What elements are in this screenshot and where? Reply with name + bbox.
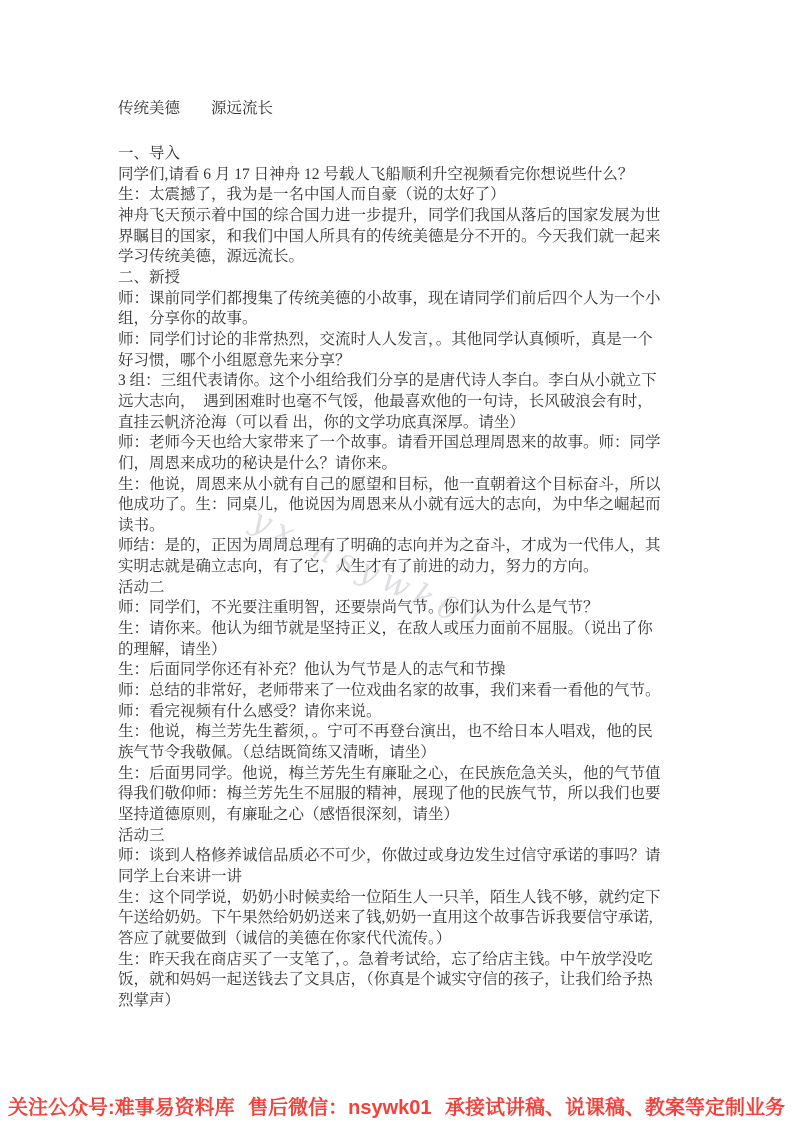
text-line: 师：同学们，不光要注重明智，还要崇尚气节。你们认为什么是气节？	[118, 598, 678, 619]
text-line: 师：看完视频有什么感受？请你来说。	[118, 702, 678, 723]
text-line: 二、新授	[118, 268, 678, 289]
text-line: 坚持道德原则，有廉耻之心（感悟很深刻，请坐）	[118, 805, 678, 826]
text-line: 师：谈到人格修养诚信品质必不可少，你做过或身边发生过信守承诺的事吗？请	[118, 846, 678, 867]
text-line: 们，周恩来成功的秘诀是什么？请你来。	[118, 454, 678, 475]
document-page: yx.nsywk01 传统美德 源远流长 一、导入同学们,请看 6 月 17 日…	[0, 0, 793, 1122]
text-line: 生：请你来。他认为细节就是坚持正义，在敌人或压力面前不屈服。（说出了你	[118, 619, 678, 640]
promo-footer: 关注公众号:难事易资料库 售后微信：nsywk01 承接试讲稿、说课稿、教案等定…	[0, 1092, 793, 1118]
text-line: 一、导入	[118, 144, 678, 165]
footer-wechat-contact: 售后微信：nsywk01	[248, 1091, 431, 1120]
text-line: 远大志向， 遇到困难时也毫不气馁，他最喜欢他的一句诗，长风破浪会有时，	[118, 392, 678, 413]
text-line: 同学们,请看 6 月 17 日神舟 12 号载人飞船顺利升空视频看完你想说些什么…	[118, 165, 678, 186]
text-line: 生：太震撼了，我为是一名中国人而自豪（说的太好了）	[118, 185, 678, 206]
text-line: 神舟飞天预示着中国的综合国力进一步提升，同学们我国从落后的国家发展为世	[118, 206, 678, 227]
text-line: 活动二	[118, 578, 678, 599]
text-line: 烈掌声）	[118, 991, 678, 1012]
footer-official-account: 关注公众号:难事易资料库	[8, 1091, 235, 1120]
text-line: 族气节令我敬佩。（总结既简练又清晰，请坐）	[118, 743, 678, 764]
text-line: 读书。	[118, 516, 678, 537]
text-line: 生：他说，梅兰芳先生蓄须，。宁可不再登台演出，也不给日本人唱戏，他的民	[118, 722, 678, 743]
text-line: 午送给奶奶。下午果然给奶奶送来了钱,奶奶一直用这个故事告诉我要信守承诺,	[118, 908, 678, 929]
text-line: 饭，就和妈妈一起送钱去了文具店，（你真是个诚实守信的孩子，让我们给予热	[118, 970, 678, 991]
text-line: 生：他说，周恩来从小就有自己的愿望和目标，他一直朝着这个目标奋斗，所以	[118, 475, 678, 496]
text-line: 的理解，请坐）	[118, 640, 678, 661]
text-line: 得我们敬仰师：梅兰芳先生不屈服的精神，展现了他的民族气节，所以我们也要	[118, 784, 678, 805]
text-line: 直挂云帆济沧海（可以看 出，你的文学功底真深厚。请坐）	[118, 413, 678, 434]
text-line: 生：后面男同学。他说，梅兰芳先生有廉耻之心，在民族危急关头，他的气节值	[118, 764, 678, 785]
footer-services: 承接试讲稿、说课稿、教案等定制业务	[445, 1091, 785, 1120]
lesson-script-body: 一、导入同学们,请看 6 月 17 日神舟 12 号载人飞船顺利升空视频看完你想…	[118, 144, 678, 1012]
text-line: 实明志就是确立志向，有了它，人生才有了前进的动力，努力的方向。	[118, 557, 678, 578]
text-line: 答应了就要做到（诚信的美德在你家代代流传。）	[118, 929, 678, 950]
text-line: 他成功了。生：同桌儿，他说因为周恩来从小就有远大的志向，为中华之崛起而	[118, 495, 678, 516]
text-line: 界瞩目的国家，和我们中国人所具有的传统美德是分不开的。今天我们就一起来	[118, 227, 678, 248]
text-line: 生：后面同学你还有补充？他认为气节是人的志气和节操	[118, 660, 678, 681]
text-line: 师结：是的，正因为周周总理有了明确的志向并为之奋斗，才成为一代伟人，其	[118, 536, 678, 557]
text-line: 活动三	[118, 826, 678, 847]
text-line: 好习惯，哪个小组愿意先来分享？	[118, 351, 678, 372]
text-line: 3 组：三组代表请你。这个小组给我们分享的是唐代诗人李白。李白从小就立下	[118, 371, 678, 392]
text-line: 师：老师今天也给大家带来了一个故事。请看开国总理周恩来的故事。师：同学	[118, 433, 678, 454]
text-line: 学习传统美德，源远流长。	[118, 247, 678, 268]
text-line: 师：课前同学们都搜集了传统美德的小故事，现在请同学们前后四个人为一个小	[118, 289, 678, 310]
text-line: 师：总结的非常好，老师带来了一位戏曲名家的故事，我们来看一看他的气节。	[118, 681, 678, 702]
text-line: 生：昨天我在商店买了一支笔了，。急着考试给，忘了给店主钱。中午放学没吃	[118, 950, 678, 971]
document-title: 传统美德 源远流长	[118, 96, 273, 118]
text-line: 组，分享你的故事。	[118, 309, 678, 330]
text-line: 同学上台来讲一讲	[118, 867, 678, 888]
text-line: 生：这个同学说，奶奶小时候卖给一位陌生人一只羊，陌生人钱不够，就约定下	[118, 888, 678, 909]
text-line: 师：同学们讨论的非常热烈，交流时人人发言，。其他同学认真倾听，真是一个	[118, 330, 678, 351]
